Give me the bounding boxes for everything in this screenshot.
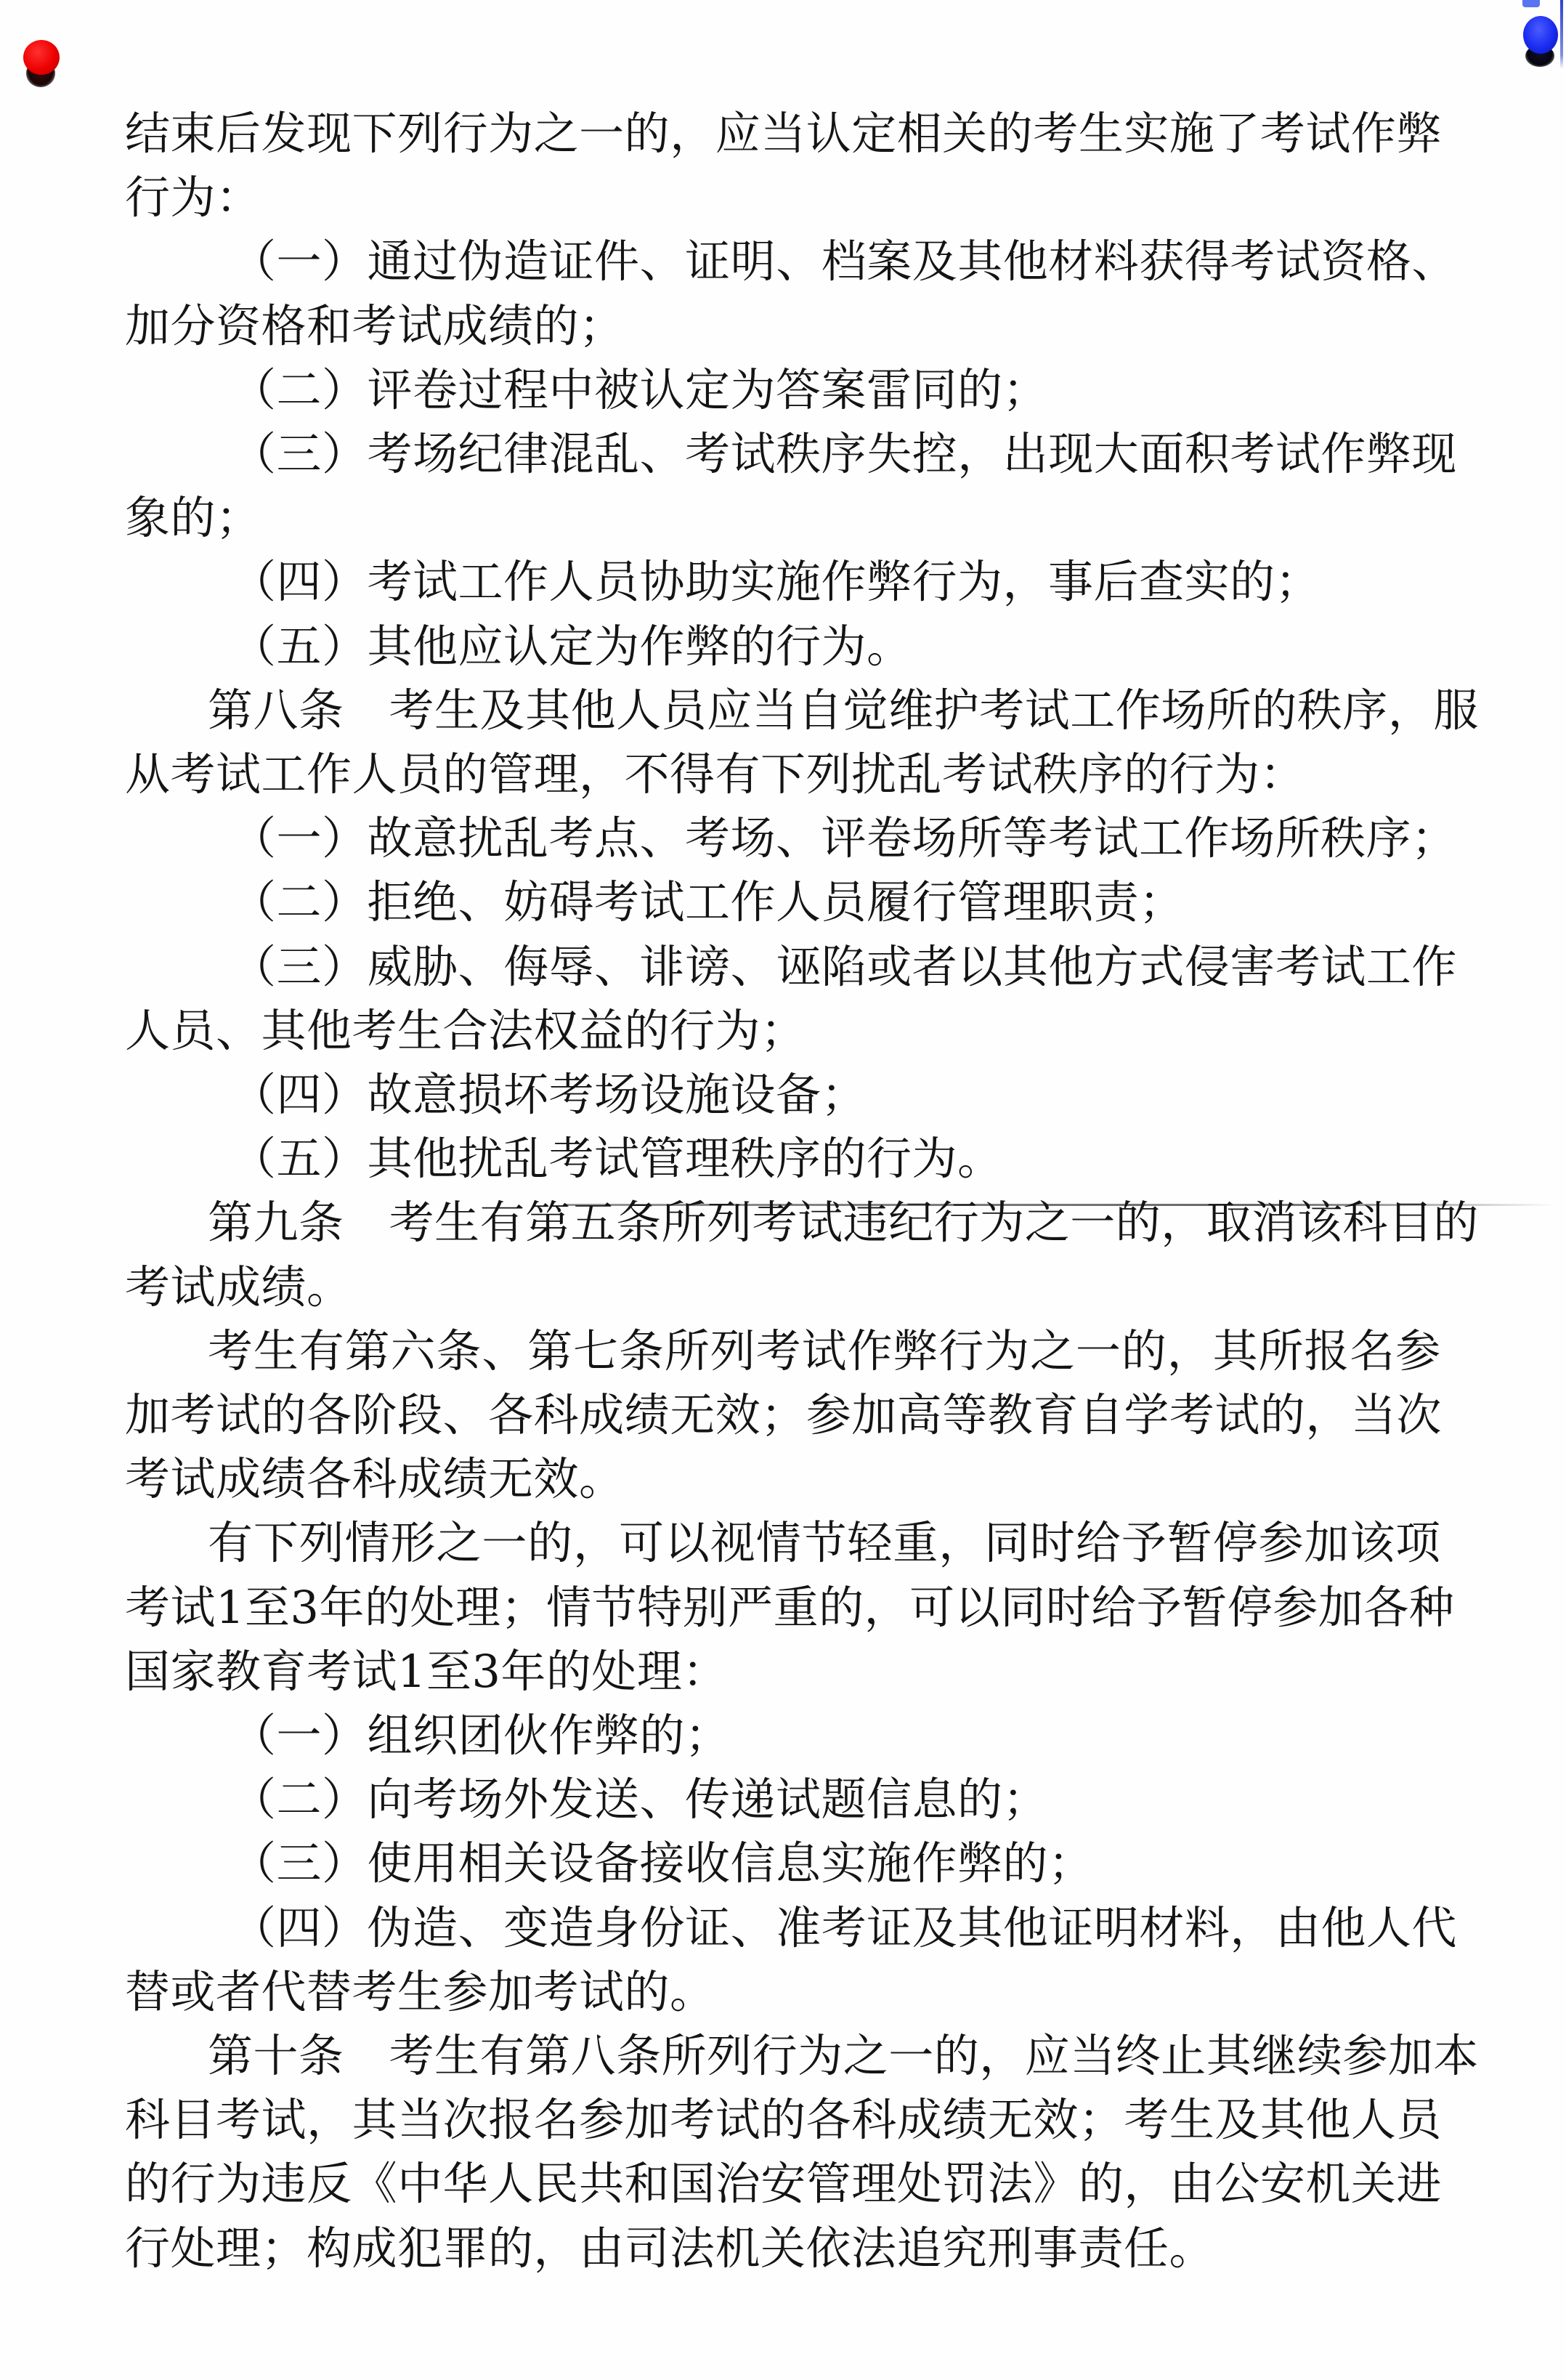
document-page: 结束后发现下列行为之一的，应当认定相关的考生实施了考试作弊 行为： （一）通过伪… <box>0 0 1566 2380</box>
list-item: （二）拒绝、妨碍考试工作人员履行管理职责； <box>231 870 1185 934</box>
blue-pushpin-icon <box>1523 16 1558 54</box>
text-line: 象的； <box>125 486 261 550</box>
text-line: 考试成绩各科成绩无效。 <box>125 1447 625 1511</box>
list-item: （三）使用相关设备接收信息实施作弊的； <box>231 1831 1094 1895</box>
list-item: （四）故意损坏考场设施设备； <box>231 1063 867 1127</box>
text-line: 替或者代替考生参加考试的。 <box>125 1960 715 2024</box>
text-line: 科目考试，其当次报名参加考试的各科成绩无效；考生及其他人员 <box>125 2088 1441 2152</box>
text-line: 考试1至3年的处理；情节特别严重的，可以同时给予暂停参加各种 <box>125 1576 1441 1640</box>
list-item: （四）伪造、变造身份证、准考证及其他证明材料，由他人代 <box>231 1896 1441 1960</box>
article-heading-9: 第九条考生有第五条所列考试违纪行为之一的，取消该科目的 <box>208 1191 1441 1255</box>
list-item: （三）威胁、侮辱、诽谤、诬陷或者以其他方式侵害考试工作 <box>231 935 1441 999</box>
text-line: 加考试的各阶段、各科成绩无效；参加高等教育自学考试的，当次 <box>125 1383 1441 1447</box>
red-pushpin-icon <box>23 40 60 75</box>
list-item: （五）其他应认定为作弊的行为。 <box>231 615 912 679</box>
text-line: 行处理；构成犯罪的，由司法机关依法追究刑事责任。 <box>125 2217 1214 2280</box>
paragraph-start: 有下列情形之一的，可以视情节轻重，同时给予暂停参加该项 <box>208 1511 1441 1575</box>
text-line: 考试成绩。 <box>125 1255 352 1319</box>
text-line: 人员、其他考生合法权益的行为； <box>125 999 806 1063</box>
text-line: 结束后发现下列行为之一的，应当认定相关的考生实施了考试作弊 <box>125 102 1441 166</box>
list-item: （二）评卷过程中被认定为答案雷同的； <box>231 358 1048 422</box>
article-label: 第八条 <box>208 679 344 742</box>
paragraph-start: 考生有第六条、第七条所列考试作弊行为之一的，其所报名参 <box>208 1319 1441 1383</box>
article-heading-8: 第八条考生及其他人员应当自觉维护考试工作场所的秩序，服 <box>208 679 1441 742</box>
list-item: （一）通过伪造证件、证明、档案及其他材料获得考试资格、 <box>231 230 1441 294</box>
page-edge-line <box>1560 0 1563 69</box>
text-line: 的行为违反《中华人民共和国治安管理处罚法》的，由公安机关进 <box>125 2152 1441 2216</box>
list-item: （三）考场纪律混乱、考试秩序失控，出现大面积考试作弊现 <box>231 422 1441 486</box>
list-item: （一）故意扰乱考点、考场、评卷场所等考试工作场所秩序； <box>231 806 1457 870</box>
list-item: （四）考试工作人员协助实施作弊行为，事后查实的； <box>231 550 1320 614</box>
article-label: 第九条 <box>208 1191 344 1255</box>
text-line: 从考试工作人员的管理，不得有下列扰乱考试秩序的行为： <box>125 742 1305 806</box>
blue-tab-fragment <box>1522 0 1540 7</box>
text-line: 行为： <box>125 166 261 230</box>
article-label: 第十条 <box>208 2024 344 2088</box>
text-line: 加分资格和考试成绩的； <box>125 294 625 358</box>
article-heading-10: 第十条考生有第八条所列行为之一的，应当终止其继续参加本 <box>208 2024 1441 2088</box>
list-item: （一）组织团伙作弊的； <box>231 1704 731 1768</box>
text-line: 国家教育考试1至3年的处理： <box>125 1640 728 1704</box>
list-item: （二）向考场外发送、传递试题信息的； <box>231 1768 1048 1831</box>
list-item: （五）其他扰乱考试管理秩序的行为。 <box>231 1127 1003 1191</box>
